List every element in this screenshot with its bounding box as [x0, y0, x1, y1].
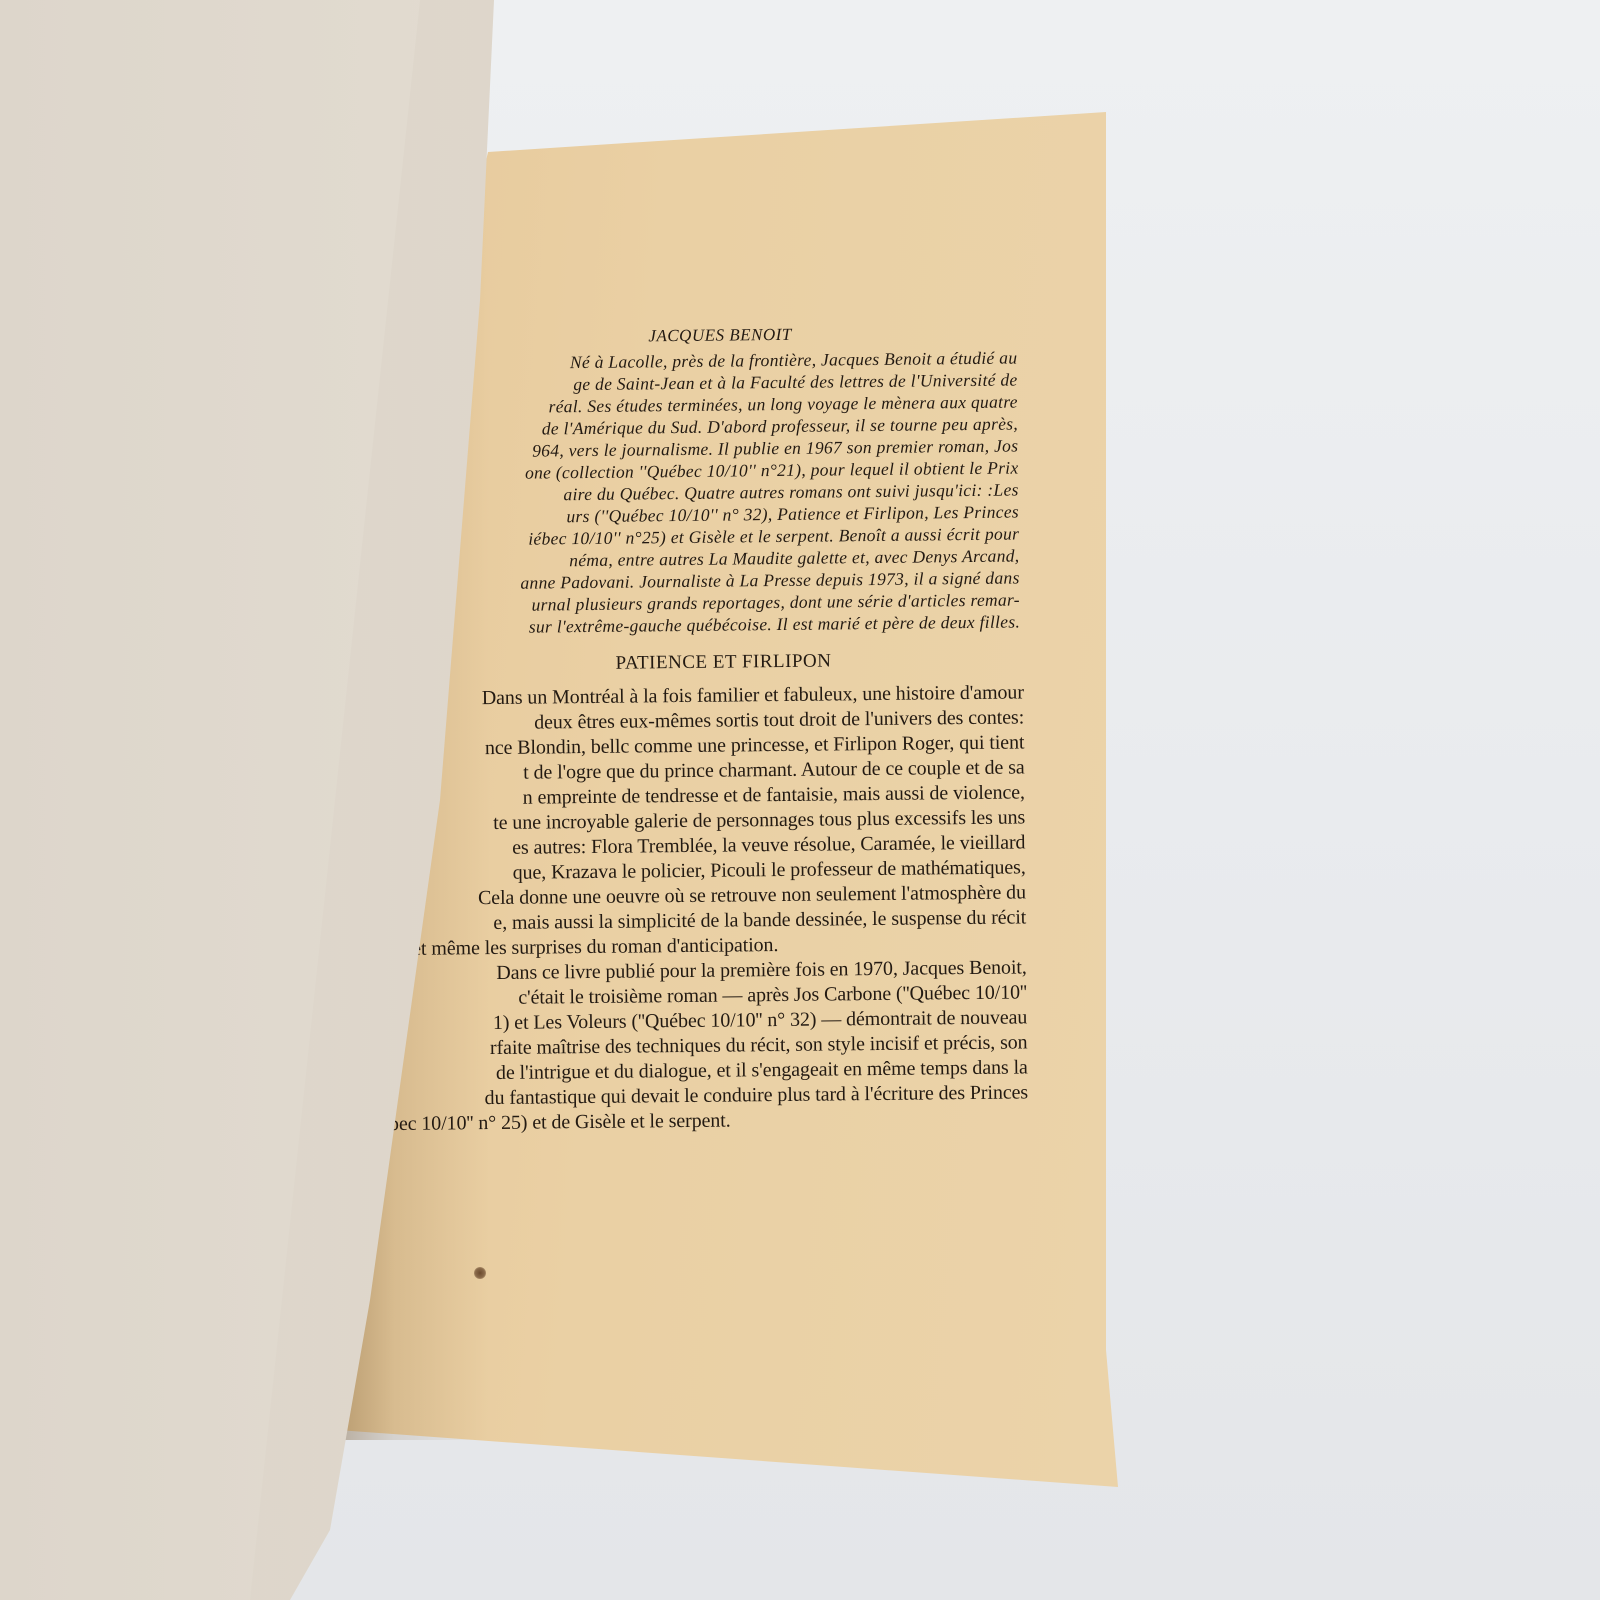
foxing-spot [474, 1267, 486, 1279]
